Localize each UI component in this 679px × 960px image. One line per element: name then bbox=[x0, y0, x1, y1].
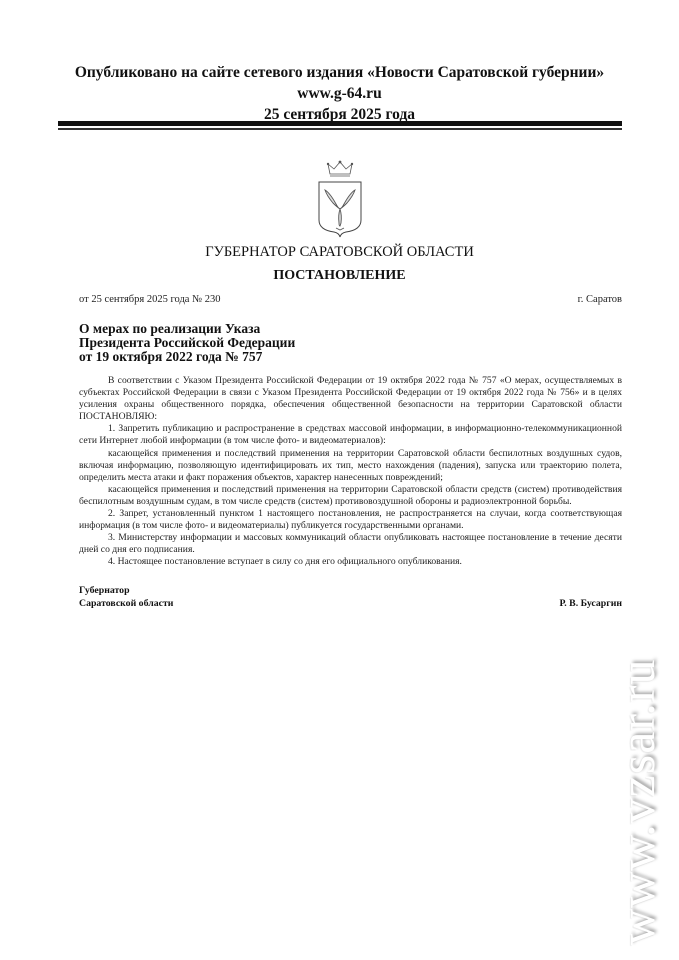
body-paragraph: 3. Министерству информации и массовых ко… bbox=[79, 532, 622, 556]
signatory-name: Р. В. Бусаргин bbox=[560, 598, 622, 611]
subject-line: Президента Российской Федерации bbox=[79, 336, 295, 350]
body-paragraph: касающейся применения и последствий прим… bbox=[79, 484, 622, 508]
authority-title: ГУБЕРНАТОР САРАТОВСКОЙ ОБЛАСТИ bbox=[0, 244, 679, 261]
saratov-coat-of-arms-icon bbox=[316, 160, 364, 238]
site-watermark: www.vzsar.ru bbox=[612, 659, 662, 945]
publication-notice: Опубликовано на сайте сетевого издания «… bbox=[0, 62, 679, 83]
document-date-line: от 25 сентября 2025 года № 230 г. Сарато… bbox=[79, 294, 622, 305]
subject-line: О мерах по реализации Указа bbox=[79, 322, 295, 336]
document-type: ПОСТАНОВЛЕНИЕ bbox=[0, 268, 679, 284]
header-divider-thick bbox=[58, 121, 622, 126]
body-paragraph: касающейся применения и последствий прим… bbox=[79, 448, 622, 484]
signatory-position-line2: Саратовской области bbox=[79, 598, 173, 611]
document-date-number: от 25 сентября 2025 года № 230 bbox=[79, 294, 220, 305]
subject-line: от 19 октября 2022 года № 757 bbox=[79, 350, 295, 364]
body-paragraph: 1. Запретить публикацию и распространени… bbox=[79, 423, 622, 447]
body-paragraph: 2. Запрет, установленный пунктом 1 насто… bbox=[79, 508, 622, 532]
publication-website: www.g-64.ru bbox=[0, 83, 679, 104]
body-paragraph: 4. Настоящее постановление вступает в си… bbox=[79, 556, 622, 568]
publication-header: Опубликовано на сайте сетевого издания «… bbox=[0, 62, 679, 125]
document-city: г. Саратов bbox=[578, 294, 622, 305]
header-divider-thin bbox=[58, 128, 622, 130]
body-paragraph: В соответствии с Указом Президента Росси… bbox=[79, 375, 622, 423]
document-body: В соответствии с Указом Президента Росси… bbox=[79, 375, 622, 569]
signature-block: Губернатор Саратовской области Р. В. Бус… bbox=[79, 585, 622, 610]
signatory-position-line1: Губернатор bbox=[79, 585, 622, 598]
document-subject: О мерах по реализации Указа Президента Р… bbox=[79, 322, 295, 364]
